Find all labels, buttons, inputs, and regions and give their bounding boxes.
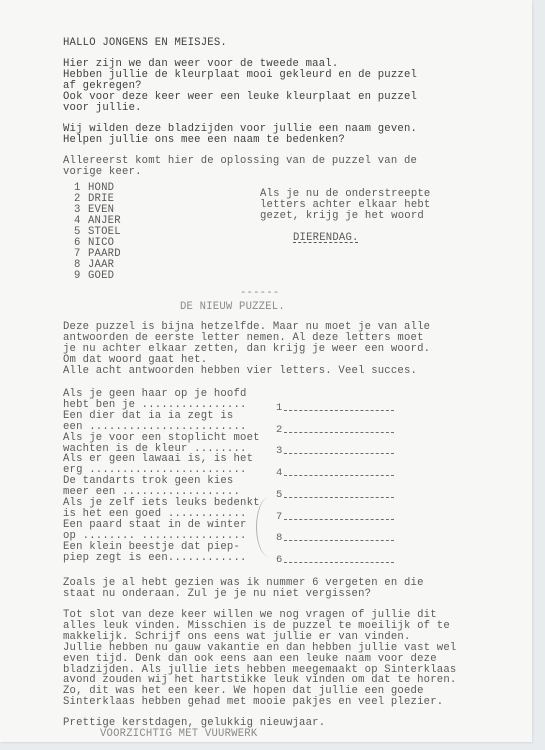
- solution-word-item: GOED: [88, 271, 114, 282]
- closing-line: even tijd. Denk dan ook eens aan een leu…: [63, 654, 437, 665]
- clue-line: is het een goed ............: [63, 509, 247, 520]
- clue-line: Als je geen haar op je hoofd: [63, 389, 247, 400]
- greeting: HALLO JONGENS EN MEISJES.: [63, 38, 227, 49]
- answer-blank-line: [284, 497, 394, 498]
- answer-blank-line: [284, 453, 394, 454]
- clue-line: Een paard staat in de winter: [63, 520, 247, 531]
- solution-word-item: EVEN: [88, 205, 114, 216]
- solution-note-line: Als je nu de onderstreepte: [260, 189, 431, 200]
- intro-line: Hebben jullie de kleurplaat mooi gekleur…: [63, 70, 417, 81]
- answer-blank-line: [284, 475, 394, 476]
- solution-word-item: ANJER: [88, 216, 121, 227]
- solution-number: 3: [74, 205, 81, 216]
- solution-intro-line: Allereerst komt hier de oplossing van de…: [63, 156, 417, 167]
- new-puzzle-intro-line: antwoorden de eerste letter nemen. Al de…: [63, 333, 424, 344]
- solution-number: 5: [74, 227, 81, 238]
- intro-line: Ook voor deze keer weer een leuke kleurp…: [63, 92, 417, 103]
- solution-note-line: gezet, krijg je het woord: [260, 211, 424, 222]
- solution-number: 6: [74, 238, 81, 249]
- clue-line: een ........................: [63, 422, 247, 433]
- clue-line: Een dier dat ia ia zegt is: [63, 411, 234, 422]
- solution-word: DIERENDAG.: [293, 233, 359, 244]
- solution-number: 4: [74, 216, 81, 227]
- solution-word-item: NICO: [88, 238, 114, 249]
- closing-line: makkelijk. Schrijf ons eens wat jullie e…: [63, 632, 411, 643]
- intro-line: af gekregen?: [63, 81, 142, 92]
- intro-line: Hier zijn we dan weer voor de tweede maa…: [63, 59, 338, 70]
- new-puzzle-intro-line: Om dat woord gaat het.: [63, 355, 207, 366]
- answer-blank-line: [284, 432, 394, 433]
- answer-blank-line: [284, 540, 394, 541]
- new-puzzle-intro-line: je nu achter elkaar zetten, dan krijg je…: [63, 344, 430, 355]
- fireworks-warning: VOORZICHTIG MET VUURWERK: [100, 729, 257, 740]
- number6-note-line: Zoals je al hebt gezien was ik nummer 6 …: [63, 578, 424, 589]
- answer-number: 4: [276, 467, 282, 479]
- new-puzzle-intro-line: Alle acht antwoorden hebben vier letters…: [63, 366, 417, 377]
- new-puzzle-title: DE NIEUW PUZZEL.: [180, 302, 285, 313]
- closing-line: alles leuk vinden. Misschien is de puzze…: [63, 621, 450, 632]
- wishes: Prettige kerstdagen, gelukkig nieuwjaar.: [63, 718, 325, 729]
- solution-word-item: HOND: [88, 183, 114, 194]
- answer-blank-line: [284, 519, 394, 520]
- number6-note-line: staat nu onderaan. Zul je je nu niet ver…: [63, 589, 371, 600]
- intro-line: voor jullie.: [63, 103, 142, 114]
- clue-line: piep zegt is een............: [63, 553, 247, 564]
- closing-line: Jullie hebben nu gauw vakantie en dan he…: [63, 643, 456, 654]
- solution-number: 2: [74, 194, 81, 205]
- separator: ------: [240, 288, 279, 299]
- clue-line: hebt ben je ................: [63, 400, 247, 411]
- solution-number: 1: [74, 183, 81, 194]
- typewritten-page: HALLO JONGENS EN MEISJES. Hier zijn we d…: [0, 0, 532, 742]
- clue-line: op ........ ................: [63, 531, 247, 542]
- solution-number: 8: [74, 260, 81, 271]
- answer-blank-line: [284, 410, 394, 411]
- answer-blank-line: [284, 562, 394, 563]
- solution-number: 9: [74, 271, 81, 282]
- solution-number: 7: [74, 249, 81, 260]
- clue-line: Een klein beestje dat piep-: [63, 542, 240, 553]
- solution-word-item: PAARD: [88, 249, 121, 260]
- solution-word-item: DRIE: [88, 194, 114, 205]
- answer-number: 1: [276, 402, 282, 414]
- solution-intro-line: vorige keer.: [63, 167, 142, 178]
- clue-line: Als je zelf iets leuks bedenkt: [63, 498, 260, 509]
- new-puzzle-intro-line: Deze puzzel is bijna hetzelfde. Maar nu …: [63, 322, 430, 333]
- name-request-line: Wij wilden deze bladzijden voor jullie e…: [63, 124, 417, 135]
- closing-line: Sinterklaas hebben gehad met mooie pakje…: [63, 697, 443, 708]
- answer-number: 3: [276, 445, 282, 457]
- closing-line: Tot slot van deze keer willen we nog vra…: [63, 610, 437, 621]
- answer-number: 2: [276, 424, 282, 436]
- solution-word-item: STOEL: [88, 227, 121, 238]
- solution-word-item: JAAR: [88, 260, 114, 271]
- solution-note-line: letters achter elkaar hebt: [260, 200, 431, 211]
- name-request-line: Helpen jullie ons mee een naam te bedenk…: [63, 135, 345, 146]
- pencil-circle-mark: [256, 497, 283, 557]
- clue-line: Als je voor een stoplicht moet: [63, 433, 260, 444]
